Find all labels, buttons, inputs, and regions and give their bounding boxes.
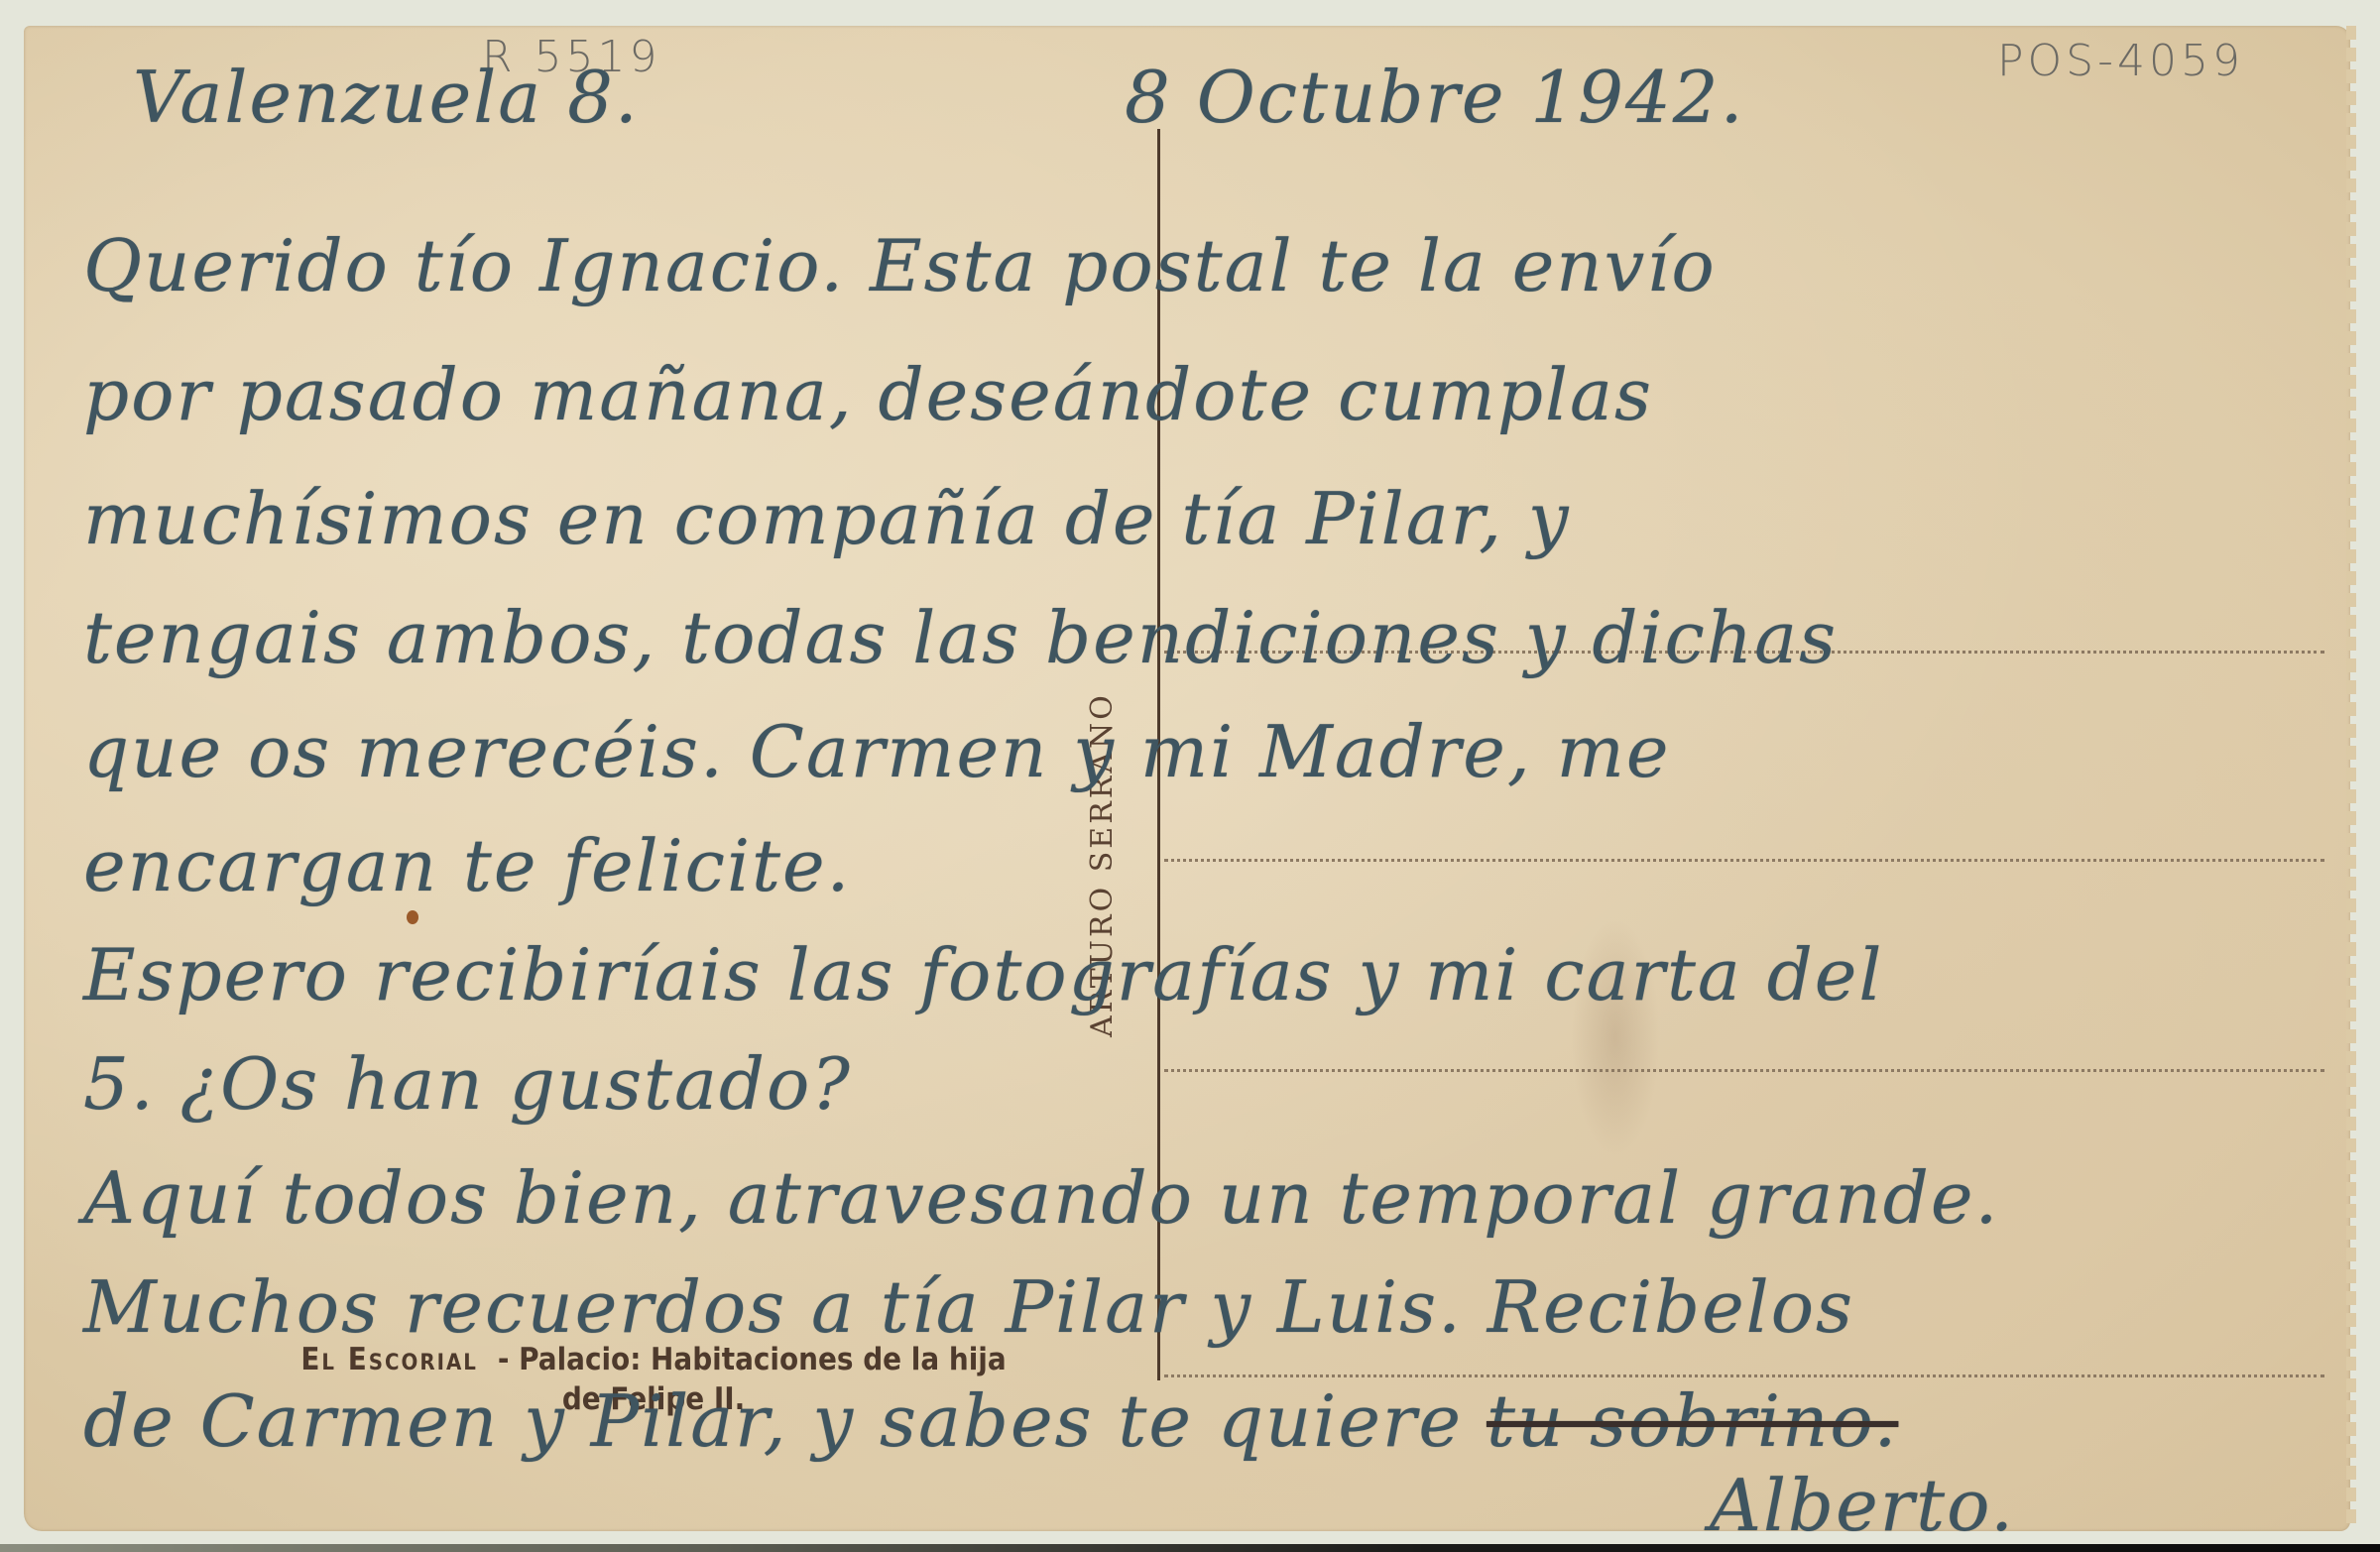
letter-date: 8 Octubre 1942. [1125,56,1744,139]
scan-edge-strip [0,1544,2380,1552]
postcard-back: R 5519 POS-4059 ARTURO SERRANO El Escori… [24,26,2350,1531]
address-line-4 [1164,1374,2324,1377]
letter-line: que os merecéis. Carmen y mi Madre, me [83,710,1670,793]
letter-place: Valenzuela 8. [133,56,640,139]
archive-reference-right: POS-4059 [1997,36,2244,86]
letter-line: 5. ¿Os han gustado? [83,1042,852,1126]
letter-line: por pasado mañana, deseándote cumplas [83,353,1653,436]
letter-line: muchísimos en compañía de tía Pilar, y [83,477,1571,560]
letter-line: tengais ambos, todas las bendiciones y d… [83,596,1838,679]
rust-spot [407,910,418,924]
letter-line: Muchos recuerdos a tía Pilar y Luis. Rec… [83,1265,1854,1349]
letter-line: encargan te felicite. [83,824,851,907]
scan-stage: R 5519 POS-4059 ARTURO SERRANO El Escori… [0,0,2380,1552]
letter-line: de Carmen y Pilar, y sabes te quiere [83,1379,1463,1463]
signature: Alberto. [1710,1464,2015,1547]
letter-line: Querido tío Ignacio. Esta postal te la e… [83,224,1717,307]
letter-line: Espero recibiríais las fotografías y mi … [83,933,1883,1016]
address-line-3 [1164,1069,2324,1072]
struck-closing: tu sobrino. [1487,1379,1898,1463]
closing-line: de Carmen y Pilar, y sabes te quiere tu … [83,1379,1898,1463]
letter-line: Aquí todos bien, atravesando un temporal… [83,1156,1999,1240]
address-line-2 [1164,859,2324,862]
